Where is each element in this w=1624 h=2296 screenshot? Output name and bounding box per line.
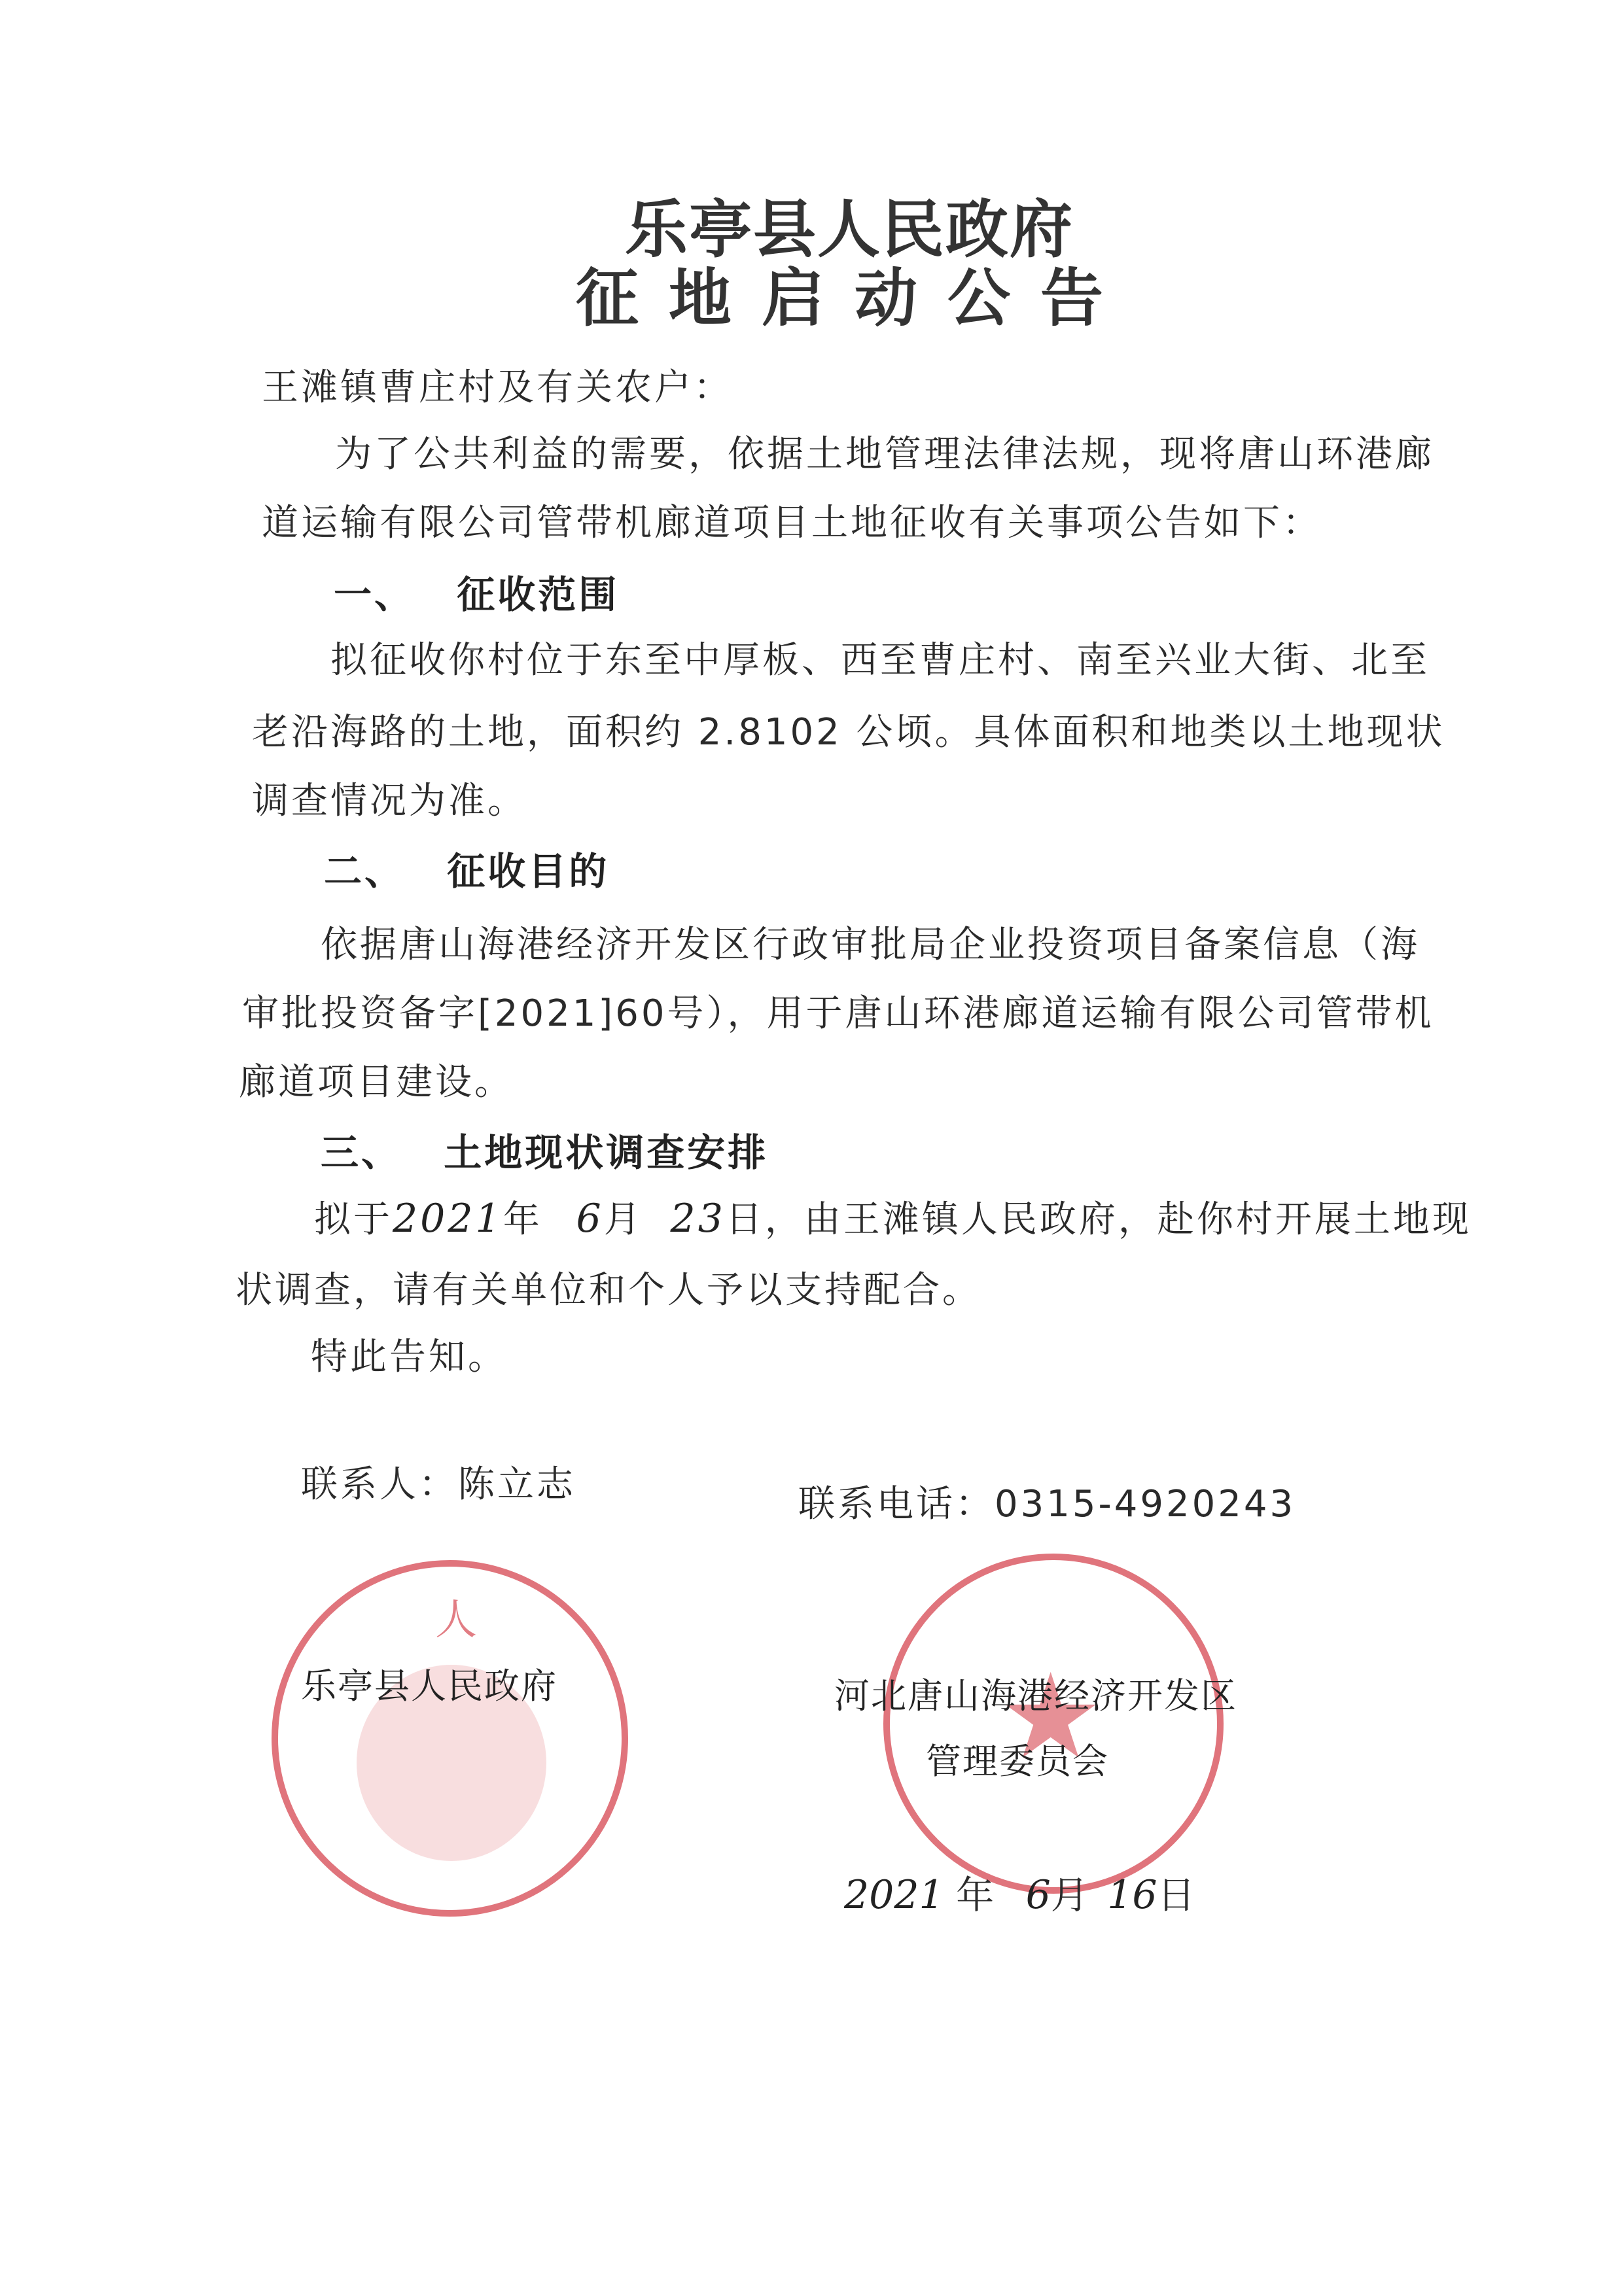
date-year-label: 年 — [956, 1873, 994, 1917]
section-2-title: 征收目的 — [447, 849, 609, 894]
section-2-heading: 二、 征收目的 — [324, 841, 609, 896]
section-1-line-2: 老沿海路的土地，面积约 2.8102 公顷。具体面积和地类以土地现状 — [252, 703, 1445, 756]
survey-year-handwritten: 2021 — [393, 1196, 503, 1242]
section-3-number: 三、 — [321, 1130, 402, 1175]
section-3-title: 土地现状调查安排 — [444, 1130, 768, 1175]
section-1-number: 一、 — [334, 572, 415, 617]
title-line-2: 征地启动公告 — [576, 249, 1133, 338]
seal-development-zone: ★ — [883, 1554, 1224, 1894]
date-year: 2021 — [844, 1872, 944, 1918]
signatory-county-government: 乐亭县人民政府 — [301, 1658, 557, 1709]
survey-year-label: 年 — [503, 1198, 542, 1241]
contact-phone: 联系电话：0315-4920243 — [798, 1475, 1296, 1527]
survey-suffix: 日，由王滩镇人民政府，赴你村开展土地现 — [726, 1198, 1472, 1241]
section-2-line-2: 审批投资备字[2021]60号），用于唐山环港廊道运输有限公司管带机 — [242, 984, 1434, 1037]
section-3-line-2: 状调查，请有关单位和个人予以支持配合。 — [236, 1261, 981, 1313]
intro-line-1: 为了公共利益的需要，依据土地管理法律法规，现将唐山环港廊 — [335, 425, 1434, 478]
seal-county-government: 人 — [272, 1560, 628, 1917]
section-3-line-1: 拟于2021年 6月 23日，由王滩镇人民政府，赴你村开展土地现 — [314, 1191, 1472, 1243]
contact-person-name: 陈立志 — [458, 1463, 576, 1506]
section-1-title: 征收范围 — [457, 572, 619, 617]
survey-month-label: 月 — [604, 1198, 643, 1241]
intro-line-2: 道运输有限公司管带机廊道项目土地征收有关事项公告如下： — [262, 494, 1322, 546]
section-1-heading: 一、 征收范围 — [334, 564, 619, 619]
seal-1-char-top: 人 — [435, 1586, 477, 1646]
contact-phone-number: 0315-4920243 — [995, 1483, 1296, 1525]
contact-phone-label: 联系电话： — [798, 1483, 995, 1525]
salutation: 王滩镇曹庄村及有关农户： — [262, 358, 733, 411]
date-day-label: 日 — [1157, 1873, 1195, 1917]
section-2-line-1: 依据唐山海港经济开发区行政审批局企业投资项目备案信息（海 — [321, 916, 1420, 968]
closing: 特此告知。 — [311, 1328, 507, 1380]
signatory-2-line-1: 河北唐山海港经济开发区 — [834, 1668, 1237, 1718]
section-3-heading: 三、 土地现状调查安排 — [321, 1122, 768, 1177]
date-day: 16 — [1107, 1872, 1157, 1918]
signatory-2-line-2: 管理委员会 — [926, 1733, 1109, 1784]
section-2-line-3: 廊道项目建设。 — [239, 1053, 514, 1105]
section-1-line-3: 调查情况为准。 — [252, 772, 527, 824]
date-month-label: 月 — [1051, 1873, 1089, 1917]
contact-person: 联系人：陈立志 — [301, 1455, 576, 1508]
survey-prefix: 拟于 — [314, 1198, 393, 1241]
survey-month-handwritten: 6 — [576, 1196, 604, 1242]
survey-day-handwritten: 23 — [671, 1196, 726, 1242]
section-2-number: 二、 — [324, 849, 405, 894]
contact-person-label: 联系人： — [301, 1463, 458, 1506]
document-date: 2021 年 6月 16日 — [844, 1864, 1195, 1919]
date-month: 6 — [1026, 1872, 1051, 1918]
section-1-line-1: 拟征收你村位于东至中厚板、西至曹庄村、南至兴业大街、北至 — [330, 631, 1430, 684]
